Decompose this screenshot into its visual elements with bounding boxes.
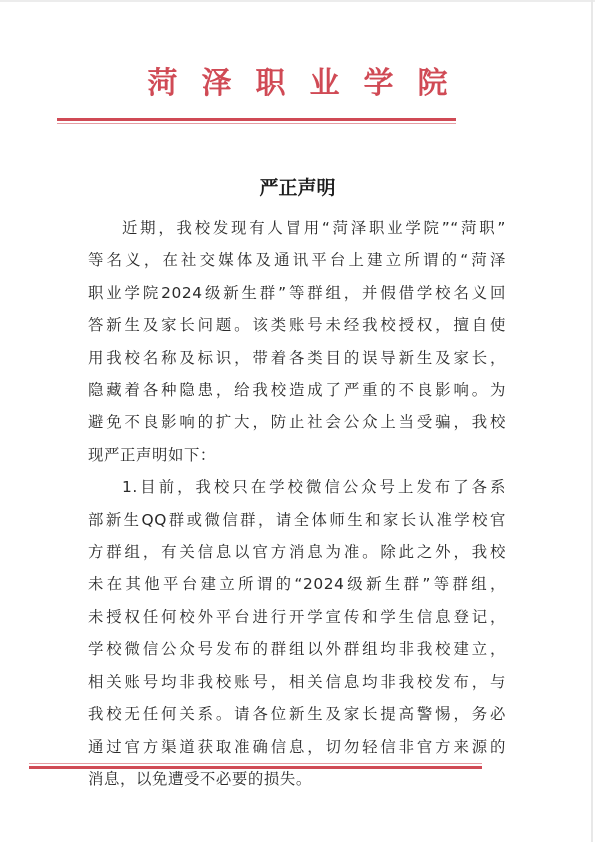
text-line: 职业学院2024级新生群”等群组，并假借学校名义回 <box>88 277 506 309</box>
footer-rule-thin <box>29 763 482 764</box>
text-line: 我校无任何关系。请各位新生及家长提高警惕，务必 <box>88 698 506 730</box>
text-line: 避免不良影响的扩大，防止社会公众上当受骗，我校 <box>88 406 506 438</box>
text-line: 未在其他平台建立所谓的“2024级新生群”等群组， <box>88 568 506 600</box>
text-line: 相关账号均非我校账号，相关信息均非我校发布，与 <box>88 666 506 698</box>
document-body: 近期，我校发现有人冒用“菏泽职业学院”“菏职” 等名义，在社交媒体及通讯平台上建… <box>88 212 506 795</box>
text-line: 未授权任何校外平台进行开学宣传和学生信息登记， <box>88 601 506 633</box>
paragraph-intro: 近期，我校发现有人冒用“菏泽职业学院”“菏职” 等名义，在社交媒体及通讯平台上建… <box>88 212 506 471</box>
text-line: 近期，我校发现有人冒用“菏泽职业学院”“菏职” <box>88 212 506 244</box>
document-page: 菏泽职业学院 严正声明 近期，我校发现有人冒用“菏泽职业学院”“菏职” 等名义，… <box>0 0 595 842</box>
letterhead-rule-thick <box>57 118 456 121</box>
text-line: 现严正声明如下： <box>88 439 506 471</box>
text-line: 通过官方渠道获取准确信息，切勿轻信非官方来源的 <box>88 731 506 763</box>
scan-edge-right <box>591 0 593 842</box>
text-line: 学校微信公众号发布的群组以外群组均非我校建立， <box>88 633 506 665</box>
text-line: 用我校名称及标识，带着各类目的误导新生及家长， <box>88 342 506 374</box>
letterhead-rule-thin <box>57 123 456 124</box>
paragraph-item-1: 1.目前，我校只在学校微信公众号上发布了各系 部新生QQ群或微信群，请全体师生和… <box>88 471 506 795</box>
text-line: 等名义，在社交媒体及通讯平台上建立所谓的“菏泽 <box>88 244 506 276</box>
footer-rule-thick <box>29 766 482 769</box>
scan-edge-top <box>0 0 595 2</box>
text-line: 部新生QQ群或微信群，请全体师生和家长认准学校官 <box>88 504 506 536</box>
text-line: 1.目前，我校只在学校微信公众号上发布了各系 <box>88 471 506 503</box>
document-title: 严正声明 <box>0 176 595 200</box>
text-line: 方群组，有关信息以官方消息为准。除此之外，我校 <box>88 536 506 568</box>
text-line: 隐藏着各种隐患，给我校造成了严重的不良影响。为 <box>88 374 506 406</box>
text-line: 答新生及家长问题。该类账号未经我校授权，擅自使 <box>88 309 506 341</box>
letterhead-institution-name: 菏泽职业学院 <box>0 64 595 104</box>
